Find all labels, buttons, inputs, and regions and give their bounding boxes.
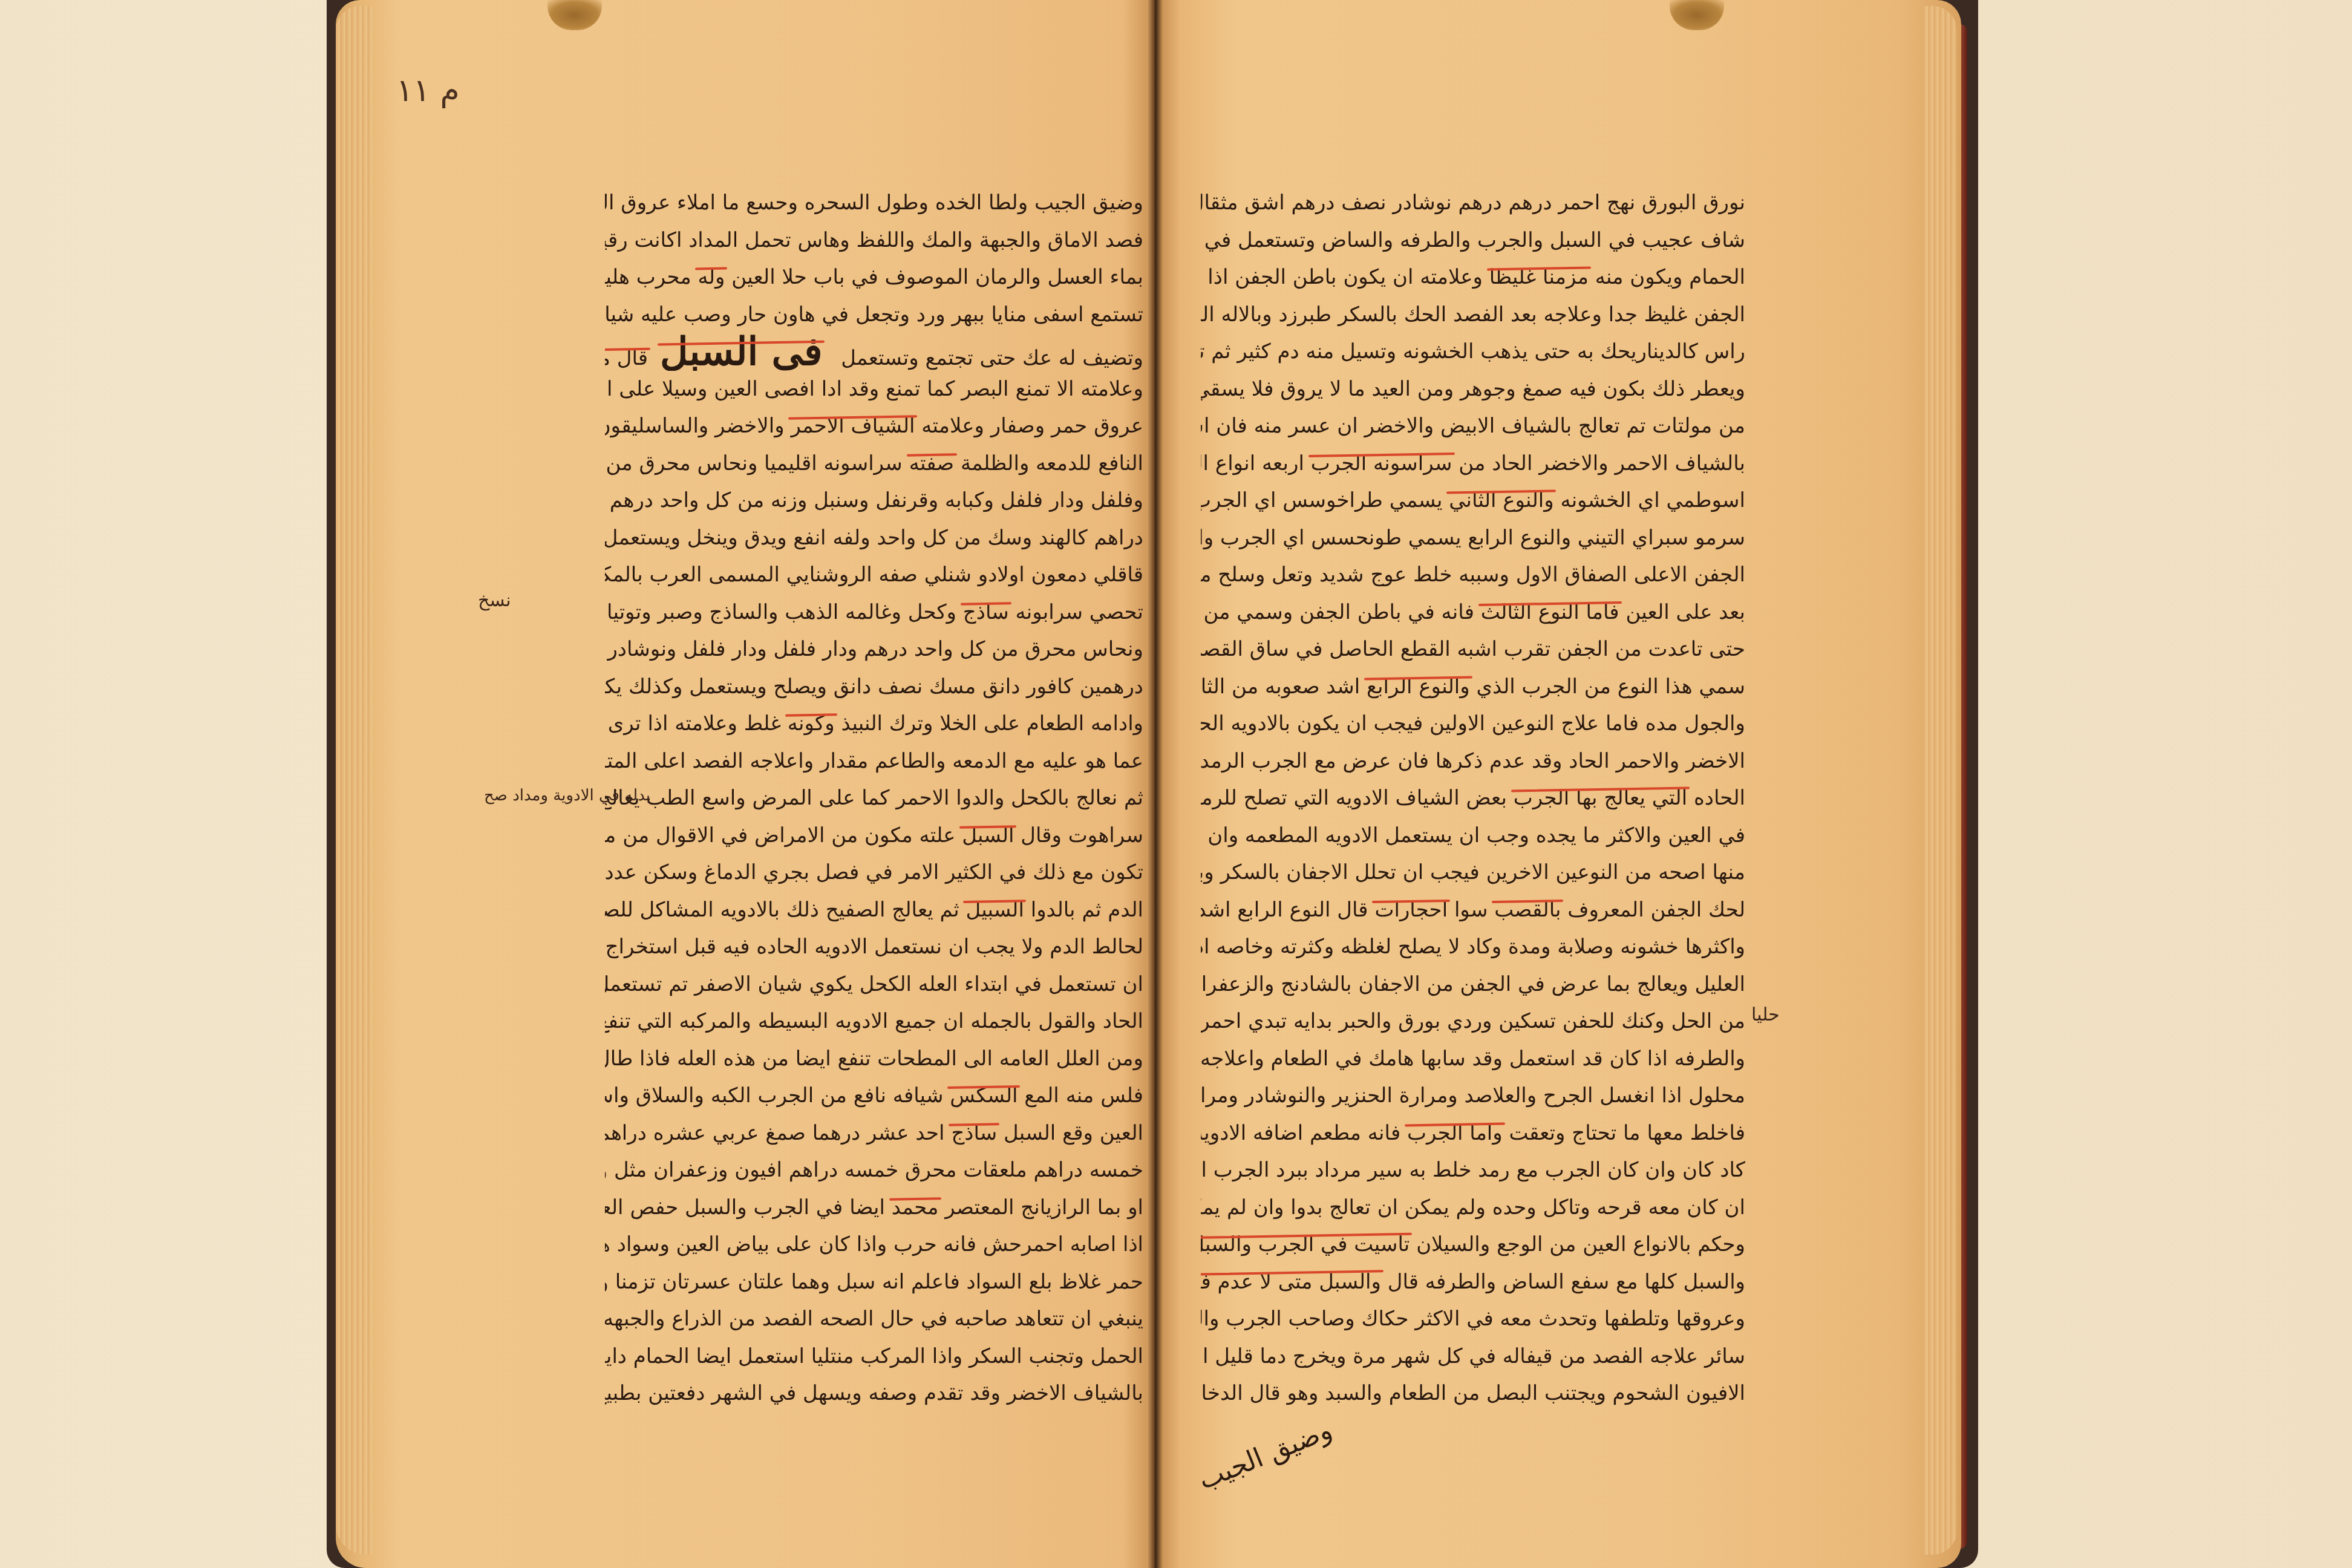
text-line: او بما الرازيانج المعتصر محمد ايضا في ال… [605, 1189, 1143, 1227]
text-line: كاد كان وان كان الجرب مع رمد خلط به سير … [1201, 1152, 1745, 1189]
line-text: وعروقها وتلطفها وتحدث معه في الاكثر حكاك… [1201, 1307, 1745, 1331]
rubric-word: سراسونه الجرب [1311, 445, 1452, 483]
text-line: وعروقها وتلطفها وتحدث معه في الاكثر حكاك… [1201, 1301, 1745, 1338]
rubric-word: السبيل [965, 892, 1024, 929]
line-text: ان تستعمل في ابتداء العله الكحل يكوي شيا… [605, 972, 1143, 996]
line-text: درهمين كافور دانق مسك نصف دانق ويصلح ويس… [605, 675, 1143, 699]
text-line: حتى تاعدت من الجفن تقرب اشبه القطع الحاص… [1201, 631, 1745, 668]
text-line: ينبغي ان تتعاهد صاحبه في حال الصحه الفصد… [605, 1301, 1143, 1338]
text-line: راس كالديناريحك به حتى يذهب الخشونه وتسي… [1201, 333, 1745, 371]
text-line: دراهم كالهند وسك من كل واحد ولفه انفع وي… [605, 520, 1143, 557]
text-line: وحكم بالانواع العين من الوجع والسيلان تا… [1201, 1226, 1745, 1264]
rubric-word: السكس [950, 1077, 1018, 1115]
line-text: كاد كان وان كان الجرب مع رمد خلط به سير … [1201, 1158, 1745, 1182]
line-text: بماء العسل والرمان الموصوف في باب حلا ال… [725, 265, 1143, 289]
text-line: سرمو سبراي التيني والنوع الرابع يسمي طون… [1201, 520, 1745, 557]
rubric-word: السبل [962, 817, 1014, 855]
line-text: الحاد والقول بالجمله ان جميع الادويه الب… [605, 1009, 1143, 1033]
text-line: والسبل كلها مع سفع الساض والطرفه قال وال… [1201, 1264, 1745, 1301]
line-text: سائر علاجه الفصد من قيفاله في كل شهر مرة… [1201, 1344, 1745, 1368]
line-text: بعد على العين [1619, 600, 1745, 624]
line-text: وحكم بالانواع العين من الوجع والسيلان [1410, 1232, 1745, 1256]
rubric-word: ساذج [951, 1115, 997, 1152]
marginal-note: بدله في الادوية ومداد صح [484, 786, 650, 805]
text-line: نورق البورق نهج احمر درهم درهم نوشادر نص… [1201, 185, 1745, 222]
line-text: قاقلي دمعون اولادو شنلي صفه الروشنايي ال… [605, 563, 1143, 587]
line-text: ومن العلل العامه الى المطحات تنفع ايضا م… [605, 1047, 1143, 1071]
text-line: فلس منه المع السكس شيافه نافع من الجرب ا… [605, 1077, 1143, 1115]
rubric-word: فاما النوع الثالث [1481, 594, 1619, 632]
line-text: الجفن غليظ جدا وعلاجه بعد الفصد الحك بال… [1201, 302, 1745, 327]
text-line: خمسه دراهم ملعقات محرق خمسه دراهم افيون … [605, 1152, 1143, 1189]
line-text: حمر غلاظ بلع السواد فاعلم انه سبل وهما ع… [605, 1270, 1143, 1294]
text-line: ثم نعالج بالكحل والدوا الاحمر كما على ال… [605, 780, 1143, 817]
line-text: الدم ثم بالدوا [1024, 898, 1143, 922]
text-line: الحاد والقول بالجمله ان جميع الادويه الب… [605, 1003, 1143, 1040]
text-line: في العين والاكثر ما يجده وجب ان يستعمل ا… [1201, 817, 1745, 855]
line-text: في العين والاكثر ما يجده وجب ان يستعمل ا… [1201, 823, 1745, 848]
line-text: سمي هذا النوع من الجرب الذي [1470, 675, 1745, 699]
text-line: ان تستعمل في ابتداء العله الكحل يكوي شيا… [605, 966, 1143, 1004]
line-text: منها اصحه من النوعين الاخرين فيجب ان تحل… [1201, 860, 1745, 884]
rubric-word: واما الجرب [1407, 1115, 1503, 1152]
page-edges-right [1924, 6, 1957, 1555]
line-text: اسوطمي اي الخشونه [1554, 488, 1745, 512]
text-line: بعد على العين فاما النوع الثالث فانه في … [1201, 594, 1745, 632]
line-text: فاخلط معها ما تحتاج وتعقت [1503, 1121, 1745, 1145]
text-line: لحالط الدم ولا يجب ان نستعمل الادويه الح… [605, 929, 1143, 966]
line-text: واكثرها خشونه وصلابة ومدة وكاد لا يصلح ل… [1201, 935, 1745, 959]
text-line: ان كان معه قرحه وتاكل وحده ولم يمكن ان ت… [1201, 1189, 1745, 1227]
text-line: الاخضر والاحمر الحاد وقد عدم ذكرها فان ع… [1201, 743, 1745, 780]
line-text: العليل ويعالج بما عرض في الجفن من الاجفا… [1201, 972, 1745, 996]
text-line: وادامه الطعام على الخلا وترك النبيذ وكون… [605, 705, 1143, 743]
chapter-heading: في السبل [648, 333, 834, 371]
line-text: وتضيف له عك حتى تجتمع وتستعمل [834, 346, 1143, 370]
rubric-word: قال محمد [605, 340, 648, 371]
text-line: منها اصحه من النوعين الاخرين فيجب ان تحل… [1201, 854, 1745, 892]
line-text: من الحل وكنك للحفن تسكين وردي بورق والحب… [1201, 1009, 1745, 1033]
line-text: العين وقع السبل [997, 1121, 1143, 1145]
line-text: وعلامته الا تمنع البصر كما تمنع وقد ادا … [605, 377, 1143, 401]
line-text: الحمل وتجنب السكر واذا المركب منتليا است… [605, 1344, 1143, 1368]
text-line: سراهوت وقال السبل علته مكون من الامراض ف… [605, 817, 1143, 855]
rubric-word: محمد [892, 1189, 939, 1227]
rubric-word: والنوع الرابع [1367, 668, 1470, 706]
line-text: بالشياف الاخضر وقد تقدم وصفه ويسهل في ال… [605, 1381, 1143, 1405]
line-text: الحمام ويكون منه [1589, 265, 1745, 289]
line-text: نورق البورق نهج احمر درهم درهم نوشادر نص… [1201, 191, 1745, 215]
text-line: من الحل وكنك للحفن تسكين وردي بورق والحب… [1201, 1003, 1745, 1040]
folio-number: م ١١ [396, 73, 460, 109]
rubric-word: تاسيت في الجرب والسبل [1201, 1226, 1410, 1264]
marginal-note: حليا [1751, 1004, 1780, 1025]
text-line: الجفن غليظ جدا وعلاجه بعد الفصد الحك بال… [1201, 296, 1745, 334]
text-line: حمر غلاظ بلع السواد فاعلم انه سبل وهما ع… [605, 1264, 1143, 1301]
text-line: فصد الاماق والجبهة والمك واللفظ وهاس تحم… [605, 222, 1143, 260]
line-text: عروق حمر وصفار وعلامته [915, 414, 1143, 438]
line-text: شاف عجيب في السبل والجرب والطرفه والساض … [1201, 228, 1745, 252]
text-line: لحك الجفن المعروف بالقصب سوا احجارات قال… [1201, 892, 1745, 929]
rubric-word: بالقصب [1494, 892, 1561, 929]
line-text: النافع للدمعه والظلمة [954, 451, 1143, 475]
line-text: فصد الاماق والجبهة والمك واللفظ وهاس تحم… [605, 228, 1143, 252]
text-line: تكون مع ذلك في الكثير الامر في فصل بجري … [605, 854, 1143, 892]
text-line: وضيق الجيب ولطا الخده وطول السحره وحسع م… [605, 185, 1143, 222]
text-line: سمي هذا النوع من الجرب الذي والنوع الراب… [1201, 668, 1745, 706]
line-text: اذا اصابه احمرحش فانه حرب واذا كان على ب… [605, 1232, 1143, 1256]
line-text: ويعطر ذلك بكون فيه صمغ وجوهر ومن العيد م… [1201, 377, 1745, 401]
text-line: وفلفل ودار فلفل وكبابه وقرنفل وسنبل وزنه… [605, 482, 1143, 520]
text-line: الجفن الاعلى الصفاق الاول وسببه خلط عوج … [1201, 557, 1745, 594]
right-text-block: نورق البورق نهج احمر درهم درهم نوشادر نص… [1201, 185, 1745, 1413]
text-line: ونحاس محرق من كل واحد درهم ودار فلفل ودا… [605, 631, 1143, 668]
text-line: محلول اذا انغسل الجرح والعلاصد ومرارة ال… [1201, 1077, 1745, 1115]
line-text: ونحاس محرق من كل واحد درهم ودار فلفل ودا… [605, 637, 1143, 661]
text-line: قاقلي دمعون اولادو شنلي صفه الروشنايي ال… [605, 557, 1143, 594]
rubric-word: وكونه [788, 705, 835, 743]
line-text: والطرفه اذا كان قد استعمل وقد سابها هامك… [1201, 1047, 1745, 1071]
marginal-note: نسخ [478, 590, 511, 611]
text-line: ومن العلل العامه الى المطحات تنفع ايضا م… [605, 1040, 1143, 1078]
line-text: خمسه دراهم ملعقات محرق خمسه دراهم افيون … [605, 1158, 1143, 1182]
line-text: حتى تاعدت من الجفن تقرب اشبه القطع الحاص… [1201, 637, 1745, 661]
line-text: راس كالديناريحك به حتى يذهب الخشونه وتسي… [1201, 339, 1745, 364]
line-text: من مولتات تم تعالج بالشياف الابيض والاخض… [1201, 414, 1745, 438]
line-text: لحالط الدم ولا يجب ان نستعمل الادويه الح… [605, 935, 1143, 959]
rubric-word: مزمنا غليظا [1489, 259, 1589, 296]
text-line: الدم ثم بالدوا السبيل ثم يعالج الصفيح ذل… [605, 892, 1143, 929]
line-text: لحك الجفن المعروف [1561, 898, 1745, 922]
text-line: سائر علاجه الفصد من قيفاله في كل شهر مرة… [1201, 1338, 1745, 1376]
text-line: النافع للدمعه والظلمة صفته سراسونه اقليم… [605, 445, 1143, 483]
line-text: سرمو سبراي التيني والنوع الرابع يسمي طون… [1201, 526, 1745, 550]
text-line: الحمل وتجنب السكر واذا المركب منتليا است… [605, 1338, 1143, 1376]
line-text: الحاده [1687, 786, 1745, 810]
line-text: والسبل كلها مع سفع الساض والطرفه قال [1381, 1270, 1745, 1294]
line-text: الاخضر والاحمر الحاد وقد عدم ذكرها فان ع… [1201, 749, 1745, 773]
line-text: بالشياف الاحمر والاخضر الحاد من [1452, 451, 1745, 475]
text-line: الافيون الشحوم ويجتنب البصل من الطعام وا… [1201, 1375, 1745, 1413]
line-text: تحصي سرابونه [1009, 600, 1143, 624]
left-text-block: وضيق الجيب ولطا الخده وطول السحره وحسع م… [605, 185, 1143, 1413]
book-gutter [1147, 0, 1163, 1568]
rubric-word: احجارات [1374, 892, 1448, 929]
text-line: تحصي سرابونه ساذج وكحل وغالمه الذهب والس… [605, 594, 1143, 632]
text-line: شاف عجيب في السبل والجرب والطرفه والساض … [1201, 222, 1745, 260]
rubric-word: ساذج [963, 594, 1009, 632]
text-line: والجول مده فاما علاج النوعين الاولين فيج… [1201, 705, 1745, 743]
line-text: ينبغي ان تتعاهد صاحبه في حال الصحه الفصد… [605, 1307, 1143, 1331]
line-text: سراهوت وقال [1014, 823, 1143, 848]
text-line: عما هو عليه مع الدمعه والطاعم مقدار واعل… [605, 743, 1143, 780]
text-line: وتضيف له عك حتى تجتمع وتستعمل في السبلقا… [605, 333, 1143, 371]
line-text: ان كان معه قرحه وتاكل وحده ولم يمكن ان ت… [1201, 1195, 1745, 1220]
text-line: الحمام ويكون منه مزمنا غليظا وعلامته ان … [1201, 259, 1745, 296]
text-line: العليل ويعالج بما عرض في الجفن من الاجفا… [1201, 966, 1745, 1004]
rubric-word: الشياف الاحمر [791, 408, 915, 445]
text-line: اذا اصابه احمرحش فانه حرب واذا كان على ب… [605, 1226, 1143, 1264]
text-line: درهمين كافور دانق مسك نصف دانق ويصلح ويس… [605, 668, 1143, 706]
line-text: والجول مده فاما علاج النوعين الاولين فيج… [1201, 711, 1745, 736]
rubric-word: التي يعالج بها الجرب [1514, 780, 1687, 817]
text-line: من مولتات تم تعالج بالشياف الابيض والاخض… [1201, 408, 1745, 445]
line-text: الافيون الشحوم ويجتنب البصل من الطعام وا… [1201, 1381, 1745, 1405]
text-line: واكثرها خشونه وصلابة ومدة وكاد لا يصلح ل… [1201, 929, 1745, 966]
rubric-word: والسبل متى لا عدم في الاوراد [1201, 1264, 1381, 1301]
text-line: تستمع اسفى منايا ببهر ورد وتجعل في هاون … [605, 296, 1143, 334]
page-edges-left [336, 6, 372, 1555]
line-text: عما هو عليه مع الدمعه والطاعم مقدار واعل… [605, 749, 1143, 773]
line-text: فلس منه المع [1018, 1083, 1143, 1108]
text-line: بالشياف الاخضر وقد تقدم وصفه ويسهل في ال… [605, 1375, 1143, 1413]
line-text: تكون مع ذلك في الكثير الامر في فصل بجري … [605, 860, 1143, 884]
text-line: بالشياف الاحمر والاخضر الحاد من سراسونه … [1201, 445, 1745, 483]
line-text: دراهم كالهند وسك من كل واحد ولفه انفع وي… [605, 526, 1143, 550]
line-text: او بما الرازيانج المعتصر [938, 1195, 1143, 1220]
line-text: وضيق الجيب ولطا الخده وطول السحره وحسع م… [605, 191, 1143, 215]
text-line: العين وقع السبل ساذج احد عشر درهما صمغ ع… [605, 1115, 1143, 1152]
text-line: فاخلط معها ما تحتاج وتعقت واما الجرب فان… [1201, 1115, 1745, 1152]
text-line: اسوطمي اي الخشونه والنوع الثاني يسمي طرا… [1201, 482, 1745, 520]
text-line: عروق حمر وصفار وعلامته الشياف الاحمر وال… [605, 408, 1143, 445]
line-text: وادامه الطعام على الخلا وترك النبيذ [835, 711, 1143, 736]
line-text: الجفن الاعلى الصفاق الاول وسببه خلط عوج … [1201, 563, 1745, 587]
line-text: محلول اذا انغسل الجرح والعلاصد ومرارة ال… [1201, 1083, 1745, 1108]
text-line: والطرفه اذا كان قد استعمل وقد سابها هامك… [1201, 1040, 1745, 1078]
rubric-word: والنوع الثاني [1449, 482, 1553, 520]
line-text: تستمع اسفى منايا ببهر ورد وتجعل في هاون … [605, 302, 1143, 327]
line-text: وفلفل ودار فلفل وكبابه وقرنفل وسنبل وزنه… [605, 488, 1143, 512]
line-text: ثم نعالج بالكحل والدوا الاحمر كما على ال… [605, 786, 1143, 810]
text-line: الحاده التي يعالج بها الجرب بعض الشياف ا… [1201, 780, 1745, 817]
text-line: ويعطر ذلك بكون فيه صمغ وجوهر ومن العيد م… [1201, 371, 1745, 408]
rubric-word: صفته [909, 445, 955, 483]
rubric-word: وله [697, 259, 725, 296]
text-line: بماء العسل والرمان الموصوف في باب حلا ال… [605, 259, 1143, 296]
text-line: وعلامته الا تمنع البصر كما تمنع وقد ادا … [605, 371, 1143, 408]
